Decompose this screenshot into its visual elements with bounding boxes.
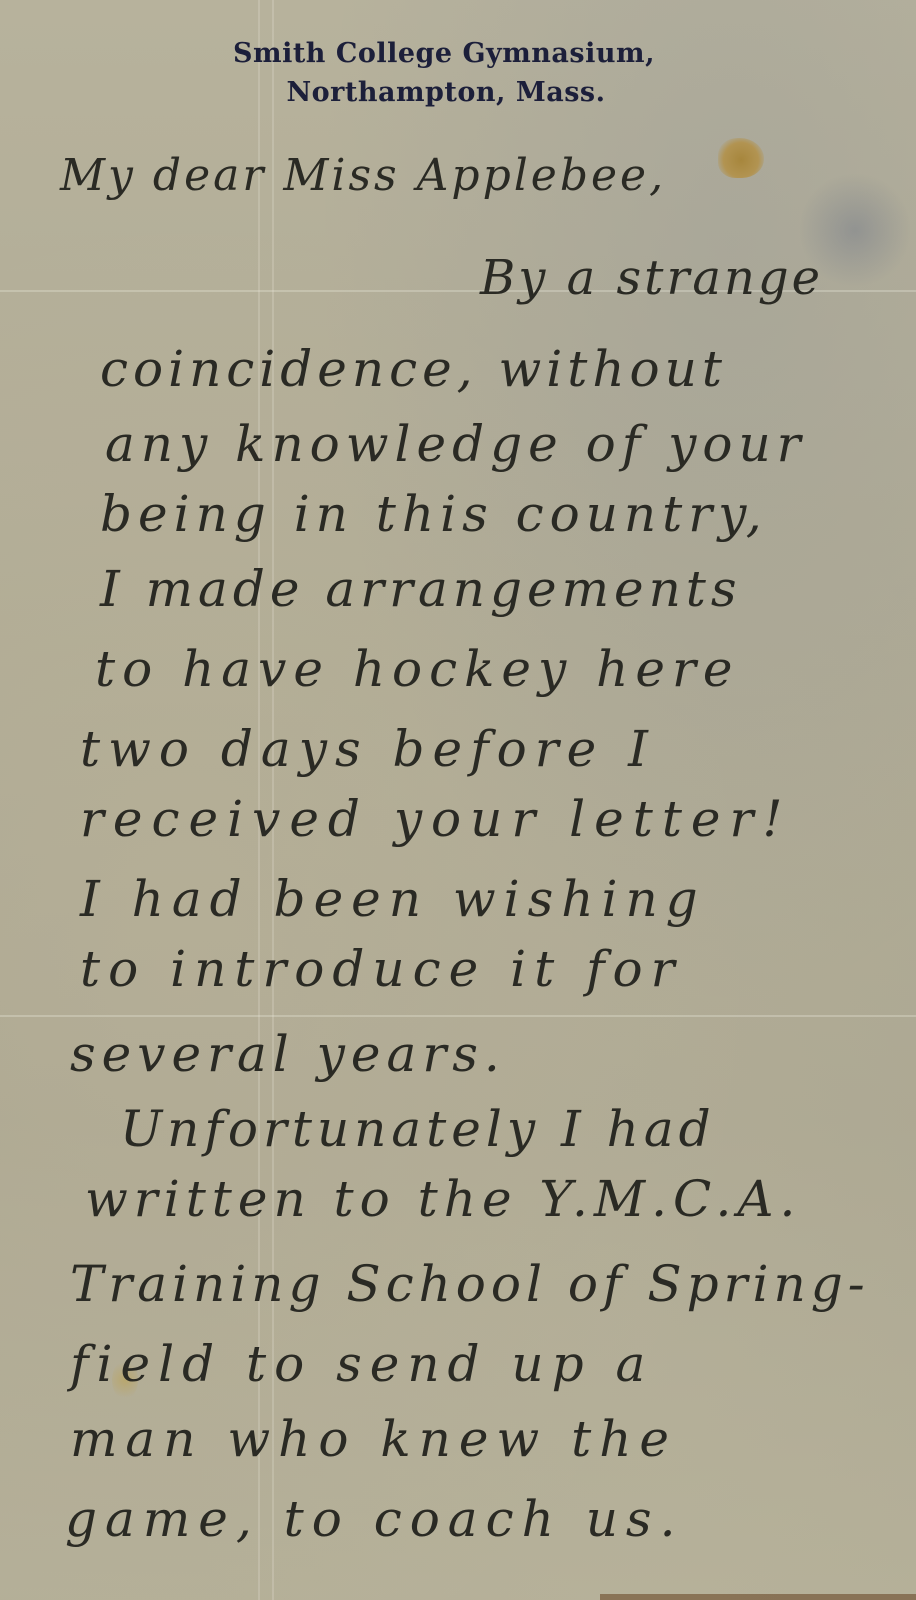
letterhead: Smith College Gymnasium, Northampton, Ma… <box>0 34 916 112</box>
letter-line: any knowledge of your <box>105 415 807 473</box>
letter-line: received your letter! <box>80 790 792 848</box>
page-edge-shadow <box>600 1594 916 1600</box>
letter-line: two days before I <box>80 720 656 778</box>
letter-line: field to send up a <box>70 1335 653 1393</box>
letter-line: Training School of Spring- <box>70 1255 870 1313</box>
letter-line: Unfortunately I had <box>120 1100 716 1158</box>
letter-line: I had been wishing <box>80 870 706 928</box>
letter-line: to have hockey here <box>95 640 739 698</box>
paper-fold-line <box>0 1015 916 1017</box>
letter-line: coincidence, without <box>100 340 727 398</box>
salutation: My dear Miss Applebee, <box>60 150 666 201</box>
letter-line: to introduce it for <box>80 940 683 998</box>
letter-page: Smith College Gymnasium, Northampton, Ma… <box>0 0 916 1600</box>
letter-line: being in this country, <box>100 485 768 543</box>
letterhead-location: Northampton, Mass. <box>0 74 916 112</box>
letter-line: written to the Y.M.C.A. <box>85 1170 801 1228</box>
letterhead-institution: Smith College Gymnasium, <box>0 34 916 74</box>
letter-line: several years. <box>70 1025 506 1083</box>
letter-line: game, to coach us. <box>65 1490 683 1548</box>
letter-line: I made arrangements <box>100 560 742 618</box>
ink-stain <box>718 138 764 178</box>
letter-line: By a strange <box>480 250 823 306</box>
letter-line: man who knew the <box>70 1410 677 1468</box>
